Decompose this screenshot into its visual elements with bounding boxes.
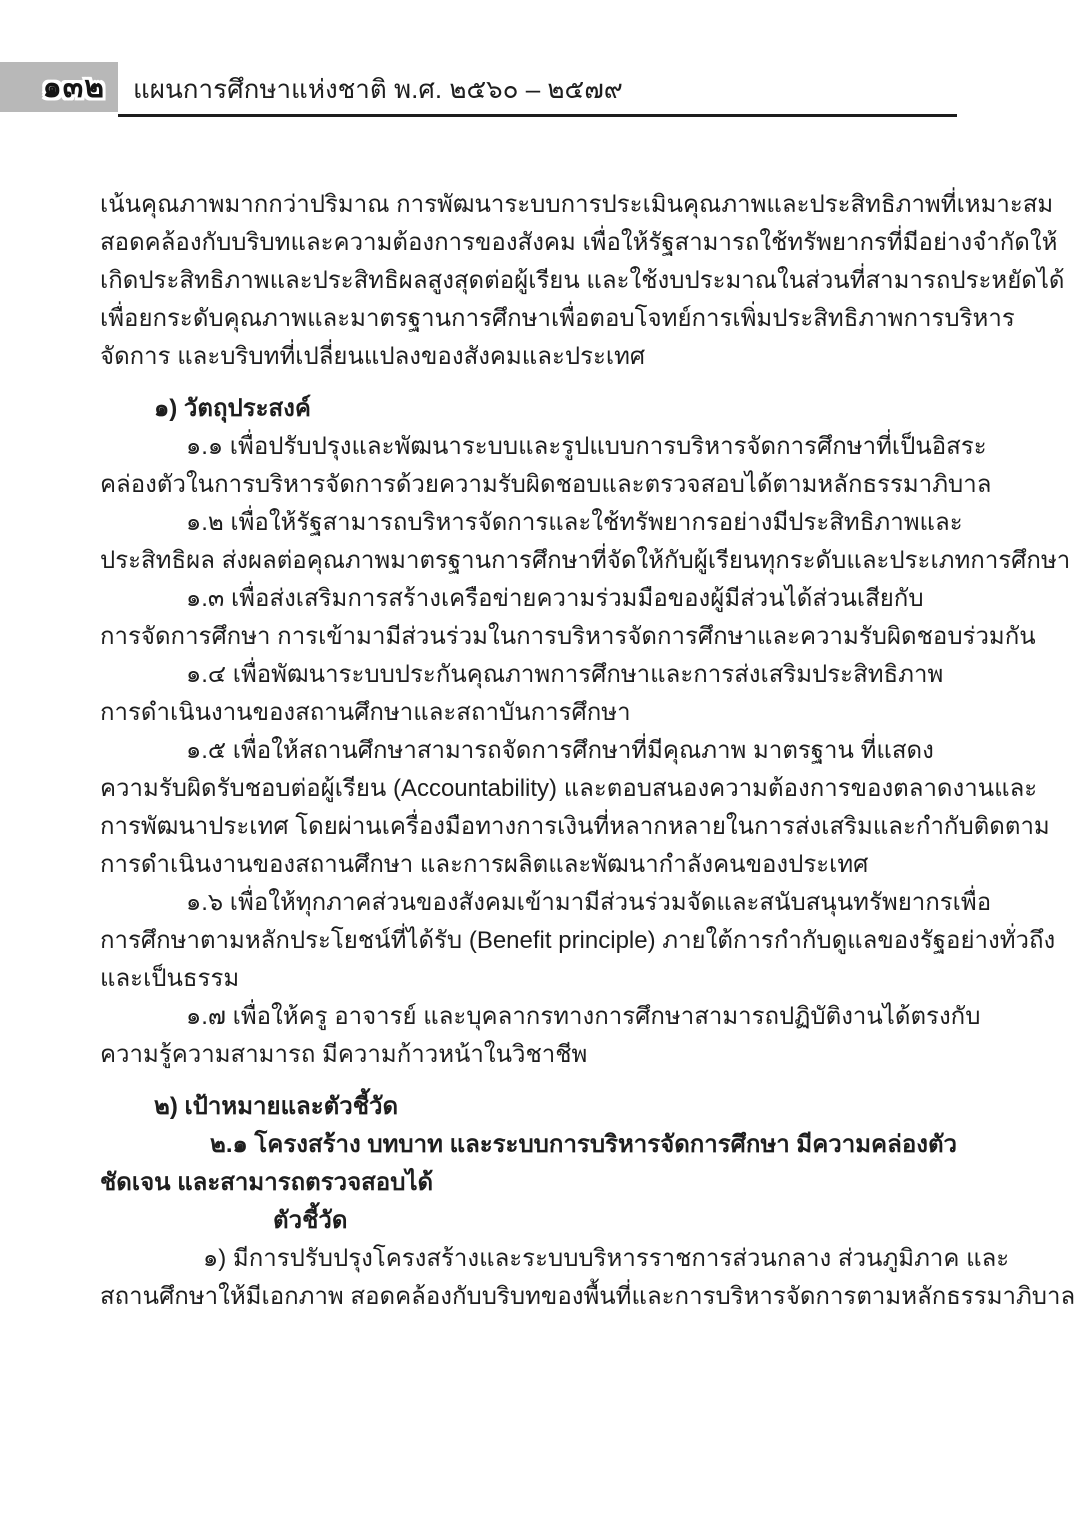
header-rule [118, 114, 957, 117]
text-line: การดำเนินงานของสถานศึกษา และการผลิตและพั… [100, 846, 980, 884]
text-line: เน้นคุณภาพมากกว่าปริมาณ การพัฒนาระบบการป… [100, 186, 980, 224]
text-line: สอดคล้องกับบริบทและความต้องการของสังคม เ… [100, 224, 980, 262]
text-line: ตัวชี้วัด [100, 1202, 980, 1240]
text-line: ๑.๓ เพื่อส่งเสริมการสร้างเครือข่ายความร่… [100, 580, 980, 618]
text-line: ๑.๔ เพื่อพัฒนาระบบประกันคุณภาพการศึกษาแล… [100, 656, 980, 694]
running-header-title: แผนการศึกษาแห่งชาติ พ.ศ. ๒๕๖๐ – ๒๕๗๙ [133, 72, 623, 106]
text-line: การศึกษาตามหลักประโยชน์ที่ได้รับ (Benefi… [100, 922, 980, 960]
text-line: ๑) มีการปรับปรุงโครงสร้างและระบบบริหารรา… [100, 1240, 980, 1278]
text-line: การจัดการศึกษา การเข้ามามีส่วนร่วมในการบ… [100, 618, 980, 656]
text-line: ๑.๒ เพื่อให้รัฐสามารถบริหารจัดการและใช้ท… [100, 504, 980, 542]
page-number: ๑๓๒ [43, 64, 105, 111]
text-line: และเป็นธรรม [100, 960, 980, 998]
document-page: ๑๓๒ แผนการศึกษาแห่งชาติ พ.ศ. ๒๕๖๐ – ๒๕๗๙… [0, 0, 1088, 1538]
text-line: การดำเนินงานของสถานศึกษาและสถาบันการศึกษ… [100, 694, 980, 732]
text-line: เกิดประสิทธิภาพและประสิทธิผลสูงสุดต่อผู้… [100, 262, 980, 300]
text-line: ๒.๑ โครงสร้าง บทบาท และระบบการบริหารจัดก… [100, 1126, 980, 1164]
document-body: เน้นคุณภาพมากกว่าปริมาณ การพัฒนาระบบการป… [100, 186, 980, 1316]
text-line: ๑.๑ เพื่อปรับปรุงและพัฒนาระบบและรูปแบบกา… [100, 428, 980, 466]
text-line: ๑.๕ เพื่อให้สถานศึกษาสามารถจัดการศึกษาที… [100, 732, 980, 770]
text-line: คล่องตัวในการบริหารจัดการด้วยความรับผิดช… [100, 466, 980, 504]
text-line: ชัดเจน และสามารถตรวจสอบได้ [100, 1164, 980, 1202]
text-line: เพื่อยกระดับคุณภาพและมาตรฐานการศึกษาเพื่… [100, 300, 980, 338]
text-line: ประสิทธิผล ส่งผลต่อคุณภาพมาตรฐานการศึกษา… [100, 542, 980, 580]
text-line: ๑.๗ เพื่อให้ครู อาจารย์ และบุคลากรทางการ… [100, 998, 980, 1036]
section-heading: ๑) วัตถุประสงค์ [100, 390, 980, 428]
text-line: ความรับผิดรับชอบต่อผู้เรียน (Accountabil… [100, 770, 980, 808]
page-number-badge: ๑๓๒ [0, 62, 118, 112]
section-heading: ๒) เป้าหมายและตัวชี้วัด [100, 1088, 980, 1126]
text-line: สถานศึกษาให้มีเอกภาพ สอดคล้องกับบริบทของ… [100, 1278, 980, 1316]
text-line: ความรู้ความสามารถ มีความก้าวหน้าในวิชาชี… [100, 1036, 980, 1074]
text-line: ๑.๖ เพื่อให้ทุกภาคส่วนของสังคมเข้ามามีส่… [100, 884, 980, 922]
text-line: จัดการ และบริบทที่เปลี่ยนแปลงของสังคมและ… [100, 338, 980, 376]
text-line: การพัฒนาประเทศ โดยผ่านเครื่องมือทางการเง… [100, 808, 980, 846]
